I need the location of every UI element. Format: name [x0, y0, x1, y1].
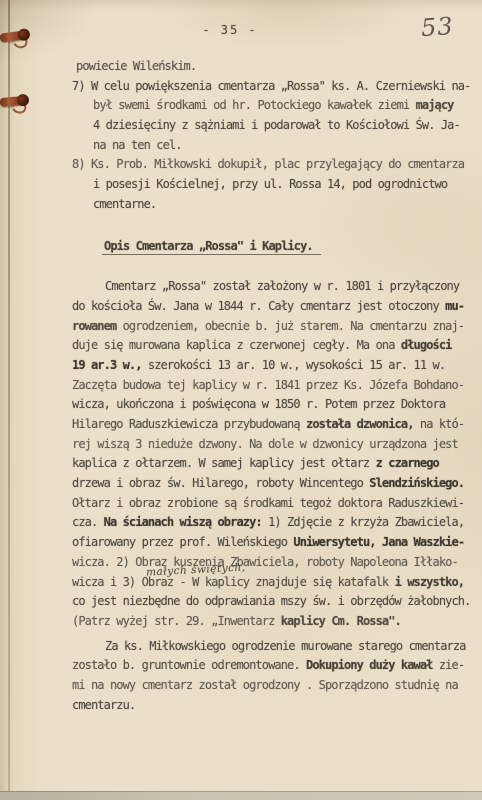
- text-line: drzewa i obraz św. Hilarego, roboty Winc…: [72, 474, 472, 494]
- text-line: Ołtarz i obraz zrobione są środkami tego…: [72, 494, 472, 514]
- page-number: - 35 -: [188, 23, 272, 37]
- text-line: (Patrz wyżej str. 29. „Inwentarz kaplicy…: [72, 612, 472, 632]
- text-line: wicza i 3) Obraz - W kaplicy znajduje si…: [72, 573, 472, 593]
- text-line: powiecie Wileńskim.: [76, 57, 472, 77]
- text-line: Zaczęta budowa tej kaplicy w r. 1841 prz…: [72, 376, 472, 396]
- section-heading: Opis Cmentarza „Rossa" i Kaplicy.: [102, 237, 472, 257]
- text-line: wicza. 2) Obraz kuszenia Zbawiciela, rob…: [72, 553, 472, 573]
- text-line: 19 ar.3 w., szerokości 13 ar. 10 w., wys…: [72, 356, 472, 376]
- text-line: mi na nowy cmentarz został ogrodzony . S…: [72, 676, 472, 696]
- text-line: Hilarego Raduszkiewicza przybudowaną zos…: [72, 415, 472, 435]
- text-line: duje się murowana kaplica z czerwonej ce…: [72, 336, 472, 356]
- text-line: cza. Na ścianach wiszą obrazy: 1) Zdjęci…: [72, 513, 472, 533]
- text-line: rej wiszą 3 nieduże dzwony. Na dole w dz…: [72, 435, 472, 455]
- binding-thread-bottom: [0, 96, 25, 107]
- text-line: cmentarne.: [93, 195, 472, 215]
- text-line: 7) W celu powiększenia cmentarza „Rossa"…: [72, 77, 472, 97]
- text-line: był swemi środkami od hr. Potockiego kaw…: [93, 96, 472, 116]
- text-line: na na ten cel.: [93, 136, 472, 156]
- text-line: zostało b. gruntownie odremontowane. Dok…: [72, 656, 472, 676]
- text-line: kaplica z ołtarzem. W samej kaplicy jest…: [72, 454, 472, 474]
- text-line: rowanem ogrodzeniem, obecnie b. już star…: [72, 317, 472, 337]
- text-line: i posesji Kościelnej, przy ul. Rossa 14,…: [93, 175, 472, 195]
- text-line: Cmentarz „Rossa" został założony w r. 18…: [105, 277, 472, 297]
- text-line: ofiarowany przez prof. Wileńskiego Uniwe…: [72, 533, 472, 553]
- typewritten-text: powiecie Wileńskim.7) W celu powiększeni…: [72, 57, 472, 715]
- text-line: co jest niezbędne do odprawiania mszy św…: [72, 592, 472, 612]
- bottom-edge-strip: [0, 791, 482, 800]
- text-line: Za ks. Miłkowskiego ogrodzenie murowane …: [105, 637, 472, 657]
- text-line: 8) Ks. Prob. Miłkowski dokupił, plac prz…: [72, 155, 472, 175]
- binding-thread-top: [0, 30, 26, 42]
- scanned-document-page: - 35 - 53 powiecie Wileńskim.7) W celu p…: [0, 0, 482, 800]
- text-line: do kościoła Św. Jana w 1844 r. Cały cmen…: [72, 297, 472, 317]
- folio-number-handwritten: 53: [420, 12, 454, 42]
- text-line: 4 dziesięciny z sążniami i podarował to …: [93, 116, 472, 136]
- paper-edge-line: [8, 0, 10, 794]
- text-line: wicza, ukończona i poświęcona w 1850 r. …: [72, 395, 472, 415]
- text-line: cmentarzu.: [72, 696, 472, 716]
